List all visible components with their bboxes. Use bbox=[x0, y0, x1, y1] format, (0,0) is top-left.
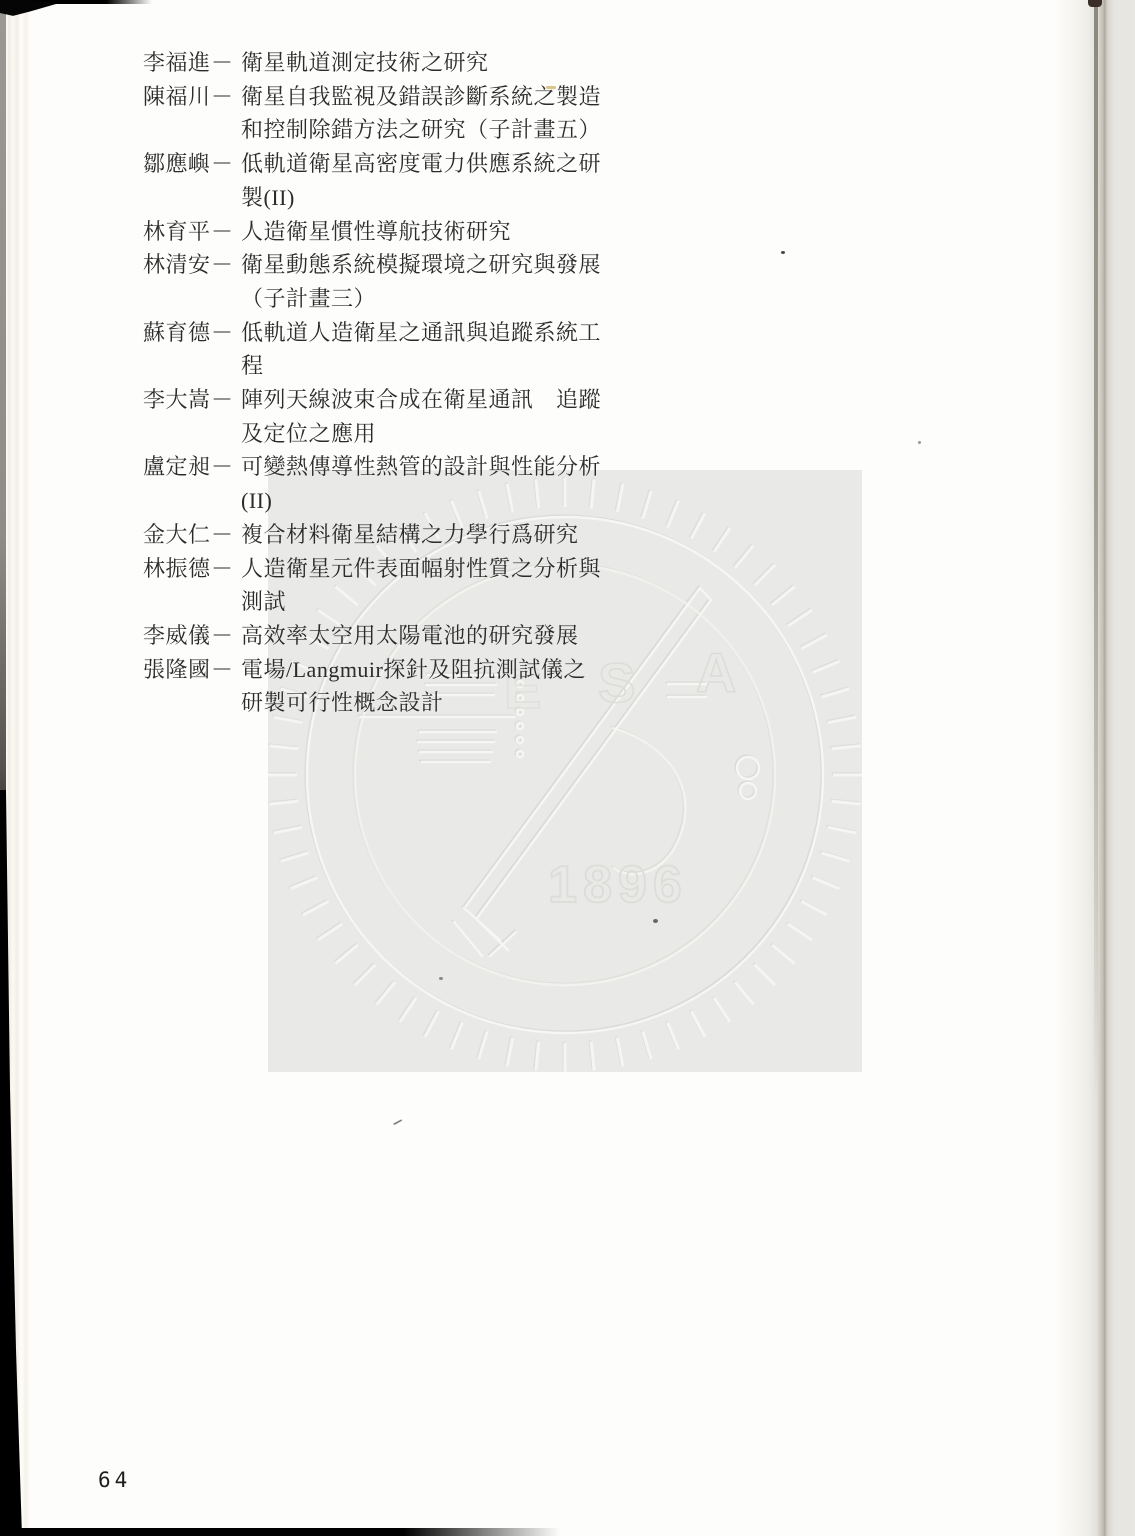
title-line: 和控制除錯方法之研究（子計畫五） bbox=[241, 113, 641, 147]
separator-dash: － bbox=[211, 450, 241, 484]
researcher-name: 李福進 bbox=[143, 46, 211, 80]
project-title: 衛星動態系統模擬環境之研究與發展 （子計畫三） bbox=[241, 248, 641, 315]
separator-dash: － bbox=[211, 653, 241, 687]
project-title: 低軌道人造衛星之通訊與追蹤系統工 程 bbox=[241, 316, 641, 383]
title-line: 陣列天線波束合成在衛星通訊 追蹤 bbox=[241, 383, 641, 417]
separator-dash: － bbox=[211, 147, 241, 181]
right-page-edge-line bbox=[1094, 0, 1098, 1100]
title-line: 複合材料衛星結構之力學行爲研究 bbox=[241, 518, 641, 552]
separator-dash: － bbox=[211, 248, 241, 282]
researcher-name: 金大仁 bbox=[143, 518, 211, 552]
separator-dash: － bbox=[211, 518, 241, 552]
scan-speck bbox=[653, 919, 658, 923]
project-title: 電場/Langmuir探針及阻抗測試儀之 研製可行性概念設計 bbox=[241, 653, 641, 720]
list-item: 林育平 － 人造衛星慣性導航技術研究 bbox=[143, 215, 641, 249]
project-title: 陣列天線波束合成在衛星通訊 追蹤 及定位之應用 bbox=[241, 383, 641, 450]
bottom-scan-edge-bar bbox=[0, 1528, 560, 1536]
scan-speck bbox=[439, 977, 443, 980]
list-item: 盧定昶 － 可變熱傳導性熱管的設計與性能分析 (II) bbox=[143, 450, 641, 517]
researcher-name: 林清安 bbox=[143, 248, 211, 282]
title-line: 衛星自我監視及錯誤診斷系統之製造 bbox=[241, 80, 641, 114]
separator-dash: － bbox=[211, 316, 241, 350]
title-line: 研製可行性概念設計 bbox=[241, 686, 641, 720]
title-line: 人造衛星元件表面幅射性質之分析與 bbox=[241, 552, 641, 586]
separator-dash: － bbox=[211, 552, 241, 586]
title-line: 衛星動態系統模擬環境之研究與發展 bbox=[241, 248, 641, 282]
researcher-name: 鄒應嶼 bbox=[143, 147, 211, 181]
title-line: 製(II) bbox=[241, 181, 641, 215]
title-line: 電場/Langmuir探針及阻抗測試儀之 bbox=[241, 653, 641, 687]
researcher-name: 林振德 bbox=[143, 552, 211, 586]
scan-speck bbox=[393, 1119, 402, 1125]
title-line: 可變熱傳導性熱管的設計與性能分析 bbox=[241, 450, 641, 484]
separator-dash: － bbox=[211, 215, 241, 249]
title-line: 高效率太空用太陽電池的研究發展 bbox=[241, 619, 641, 653]
seal-year: 1896 bbox=[548, 856, 688, 914]
scan-speck bbox=[546, 86, 556, 89]
title-line: 測試 bbox=[241, 585, 641, 619]
title-line: 低軌道人造衛星之通訊與追蹤系統工 bbox=[241, 316, 641, 350]
separator-dash: － bbox=[211, 80, 241, 114]
project-title: 衛星軌道測定技術之研究 bbox=[241, 46, 641, 80]
project-title: 低軌道衛星高密度電力供應系統之研 製(II) bbox=[241, 147, 641, 214]
project-list: 李福進 － 衛星軌道測定技術之研究 陳福川 － 衛星自我監視及錯誤診斷系統之製造… bbox=[143, 46, 641, 720]
list-item: 林振德 － 人造衛星元件表面幅射性質之分析與 測試 bbox=[143, 552, 641, 619]
scan-speck bbox=[918, 441, 921, 444]
separator-dash: － bbox=[211, 383, 241, 417]
researcher-name: 李威儀 bbox=[143, 619, 211, 653]
project-title: 高效率太空用太陽電池的研究發展 bbox=[241, 619, 641, 653]
list-item: 李大嵩 － 陣列天線波束合成在衛星通訊 追蹤 及定位之應用 bbox=[143, 383, 641, 450]
scan-speck bbox=[781, 251, 785, 254]
researcher-name: 蘇育德 bbox=[143, 316, 211, 350]
separator-dash: － bbox=[211, 619, 241, 653]
seal-letter-a: A bbox=[696, 641, 736, 704]
researcher-name: 林育平 bbox=[143, 215, 211, 249]
project-title: 可變熱傳導性熱管的設計與性能分析 (II) bbox=[241, 450, 641, 517]
researcher-name: 李大嵩 bbox=[143, 383, 211, 417]
list-item: 陳福川 － 衛星自我監視及錯誤診斷系統之製造 和控制除錯方法之研究（子計畫五） bbox=[143, 80, 641, 147]
project-title: 衛星自我監視及錯誤診斷系統之製造 和控制除錯方法之研究（子計畫五） bbox=[241, 80, 641, 147]
list-item: 鄒應嶼 － 低軌道衛星高密度電力供應系統之研 製(II) bbox=[143, 147, 641, 214]
list-item: 金大仁 － 複合材料衛星結構之力學行爲研究 bbox=[143, 518, 641, 552]
project-title: 複合材料衛星結構之力學行爲研究 bbox=[241, 518, 641, 552]
title-line: (II) bbox=[241, 484, 641, 518]
title-line: 程 bbox=[241, 349, 641, 383]
list-item: 張隆國 － 電場/Langmuir探針及阻抗測試儀之 研製可行性概念設計 bbox=[143, 653, 641, 720]
project-title: 人造衛星元件表面幅射性質之分析與 測試 bbox=[241, 552, 641, 619]
list-item: 林清安 － 衛星動態系統模擬環境之研究與發展 （子計畫三） bbox=[143, 248, 641, 315]
title-line: （子計畫三） bbox=[241, 282, 641, 316]
title-line: 衛星軌道測定技術之研究 bbox=[241, 46, 641, 80]
page-number: 64 bbox=[98, 1468, 131, 1492]
title-line: 低軌道衛星高密度電力供應系統之研 bbox=[241, 147, 641, 181]
title-line: 人造衛星慣性導航技術研究 bbox=[241, 215, 641, 249]
researcher-name: 陳福川 bbox=[143, 80, 211, 114]
top-right-scan-mark bbox=[1088, 0, 1102, 7]
list-item: 李威儀 － 高效率太空用太陽電池的研究發展 bbox=[143, 619, 641, 653]
researcher-name: 張隆國 bbox=[143, 653, 211, 687]
researcher-name: 盧定昶 bbox=[143, 450, 211, 484]
title-line: 及定位之應用 bbox=[241, 417, 641, 451]
project-title: 人造衛星慣性導航技術研究 bbox=[241, 215, 641, 249]
list-item: 蘇育德 － 低軌道人造衛星之通訊與追蹤系統工 程 bbox=[143, 316, 641, 383]
separator-dash: － bbox=[211, 46, 241, 80]
list-item: 李福進 － 衛星軌道測定技術之研究 bbox=[143, 46, 641, 80]
